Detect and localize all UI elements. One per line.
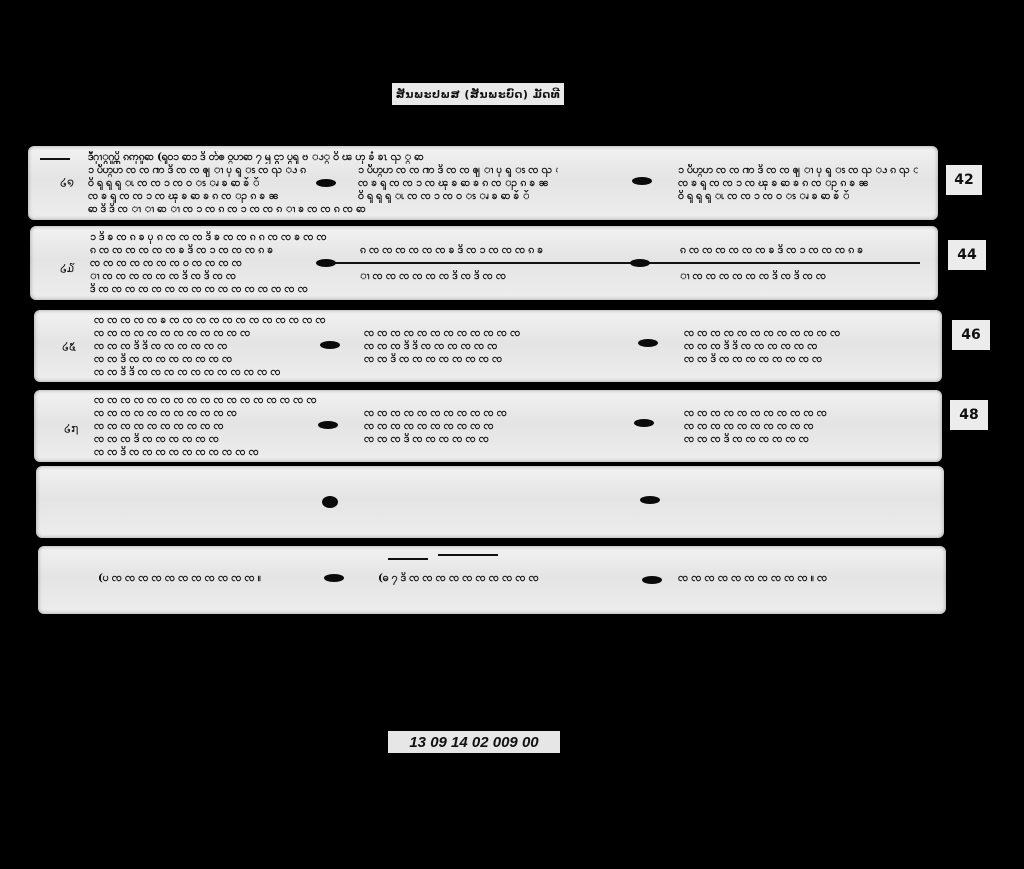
text-line: ၸ ၸ ၸ ဒိ ဒိ ၸ ၸ ၸ ၸ ၸ ၸ	[364, 340, 584, 353]
text-line: ၹ ဒိ ဒိ ၸ ၫ ၫ ၹ ၫ ၸ ၥ ၸ ၵ ၸ ၥ ၸ ၸ ၵ ၫ ၶ …	[88, 203, 928, 216]
text-line: ၥ ဒိ ၶ ၸ ၵ ၶ ၦ ၵ ၸ ၸ ၸ ဒိ ၶ ၸ ၸ ၵ ၵ ၸ ၸ …	[90, 231, 930, 244]
text-line: ၸ ၸ ၸ ဒိ ဒိ ၸ ၸ ၸ ၸ ၸ ၸ	[684, 340, 924, 353]
string-hole	[316, 259, 336, 267]
leaf-margin-number: ໒໗	[64, 422, 78, 435]
manuscript-title-label: ສັນພະປພສ (ສັນພະບົດ) ມັດທີ	[392, 83, 564, 105]
text-line: ၵ ၸ ၸ ၸ ၸ ၸ ၸ ၶ ဒိ ၸ ၥ ၸ ၸ ၸ ၵ ၶ	[90, 244, 310, 257]
palm-leaf-6-colophon: (ပ ၸ ၸ ၸ ၸ ၸ ၸ ၸ ၸ ၸ ၸ ၸ ။ (ဓ ၇ ဒိ ၸ ၸ ၸ…	[38, 546, 946, 614]
string-hole	[640, 496, 660, 504]
text-line: ၸ ၸ ၸ ၸ ၸ ၸ ၸ ဝ ၸ ၸ ၸ ၸ	[90, 257, 310, 270]
text-line: ၸ ၸ ဒိ ၸ ၸ ၸ ၸ ၸ ၸ ၸ ၸ	[364, 353, 584, 366]
text-line: ၸ ၸ ၸ ဒိ ၸ ၸ ၸ ၸ ၸ ၸ	[364, 433, 584, 446]
text-line: ၸ ၸ ၸ ၸ ၸ ၸ ၸ ၸ ၸ ၸ ၸ ၸ	[364, 327, 584, 340]
ruling-line	[320, 262, 920, 264]
string-hole	[638, 339, 658, 347]
string-hole	[634, 419, 654, 427]
text-line: ဝိ ၡ ၡ ၡ ၬ ၸ ၸ ၥ ၸ ဝ ၭ ၧ ၶ ၹ ၶၴ ၴ	[678, 190, 918, 203]
text-line: ၸ ၸ ၸ ၸ ၸ ၸ ၸ ၸ ၸ ၸ	[94, 420, 314, 433]
palm-leaf-4: ໒໗ ၸ ၸ ၸ ၸ ၸ ၸ ၸ ၸ ၸ ၸ ၸ ၸ ၸ ၸ ၸ ၸ ၸ ၸ ၸ…	[34, 390, 942, 462]
palm-leaf-1: ໒໑ ဒီဂုၫ္ဂဂူၦ္ထိ ၵဢုၵူၹ (ၡဝၥ ၹၥ ဒိ ဝာ်ၜ …	[28, 146, 938, 220]
text-line: ၸ ၸ ၸ ၸ ၸ ၶ ၸ ၸ ၸ ၸ ၸ ၸ ၸ ၸ ၸ ၸ ၸ ၸ	[94, 314, 934, 327]
leaf-margin-number: ໒໓	[60, 262, 74, 275]
text-line: ၸ ၸ ၸ ၸ ၸ ၸ ၸ ၸ ၸ ၸ	[684, 420, 924, 433]
text-line: ၸ ၸ ဒိ ၸ ၸ ၸ ၸ ၸ ၸ ၸ ၸ ၸ ၸ	[94, 446, 934, 459]
text-line: ၸ ၸ ဒိ ၸ ၸ ၸ ၸ ၸ ၸ ၸ ၸ	[94, 353, 314, 366]
catalog-id-label: 13 09 14 02 009 00	[388, 731, 560, 753]
text-line: ၸ ၸ ၸ ၸ ၸ ၸ ၸ ၸ ၸ ၸ ၸ	[684, 407, 924, 420]
text-line: ၸ ၸ ဒိ ၸ ၸ ၸ ၸ ၸ ၸ ၸ ၸ	[684, 353, 924, 366]
palm-leaf-5-blank	[36, 466, 944, 538]
text-line: ၸ ၶ ၡ ၸ ၸ ၥ ၸ ၾ ၶ ၹ ၶ ၵ ၸ ၣ ၵ ၶ ၼ	[678, 177, 918, 190]
text-line: ၸ ၶ ၡ ၸ ၸ ၥ ၸ ၾ ၶ ၹ ၶ ၵ ၸ ၣ ၵ ၶ ၼ	[358, 177, 558, 190]
text-line: ၸ ၸ ၸ ၸ ၸ ၸ ၸ ၸ ၸ ၸ ၸ ၸ	[684, 327, 924, 340]
text-line: ၫ ၸ ၸ ၸ ၸ ၸ ၸ ဒိ ၸ ဒိ ၸ ၸ	[90, 270, 310, 283]
text-line: ၸ ၸ ၸ ဒိ ဒိ ၸ ၸ ၸ ၸ ၸ ၸ	[94, 340, 314, 353]
text-line: ၸ ၸ ၸ ၸ ၸ ၸ ၸ ၸ ၸ ၸ ၸ ၸ ၸ ၸ ၸ ၸ ၸ	[94, 394, 934, 407]
scratch-mark	[438, 554, 498, 556]
leaf-margin-number: ໒໑	[60, 176, 74, 189]
text-line: ဝိ ၡ ၡ ၡ ၬ ၸ ၸ ၥ ၸ ဝ ၭ ၧ ၶ ၹ ၶၴ ၴ	[88, 177, 308, 190]
leaf-margin-number: ໒໕	[62, 340, 76, 353]
string-hole	[642, 576, 662, 584]
text-line: ၸ ၸ ၸ ၸ ၸ ၸ ၸ ၸ ၸ ၸ ။ ၸ	[678, 572, 918, 585]
text-line: ၸ ၸ ၸ ၸ ၸ ၸ ၸ ၸ ၸ ၸ ၸ ၸ	[94, 327, 314, 340]
string-hole	[630, 259, 650, 267]
text-line: ၫ ၸ ၸ ၸ ၸ ၸ ၸ ဒိ ၸ ဒိ ၸ ၸ	[360, 270, 560, 283]
string-hole	[318, 421, 338, 429]
scratch-mark	[388, 558, 428, 560]
text-line: ဝိ ၡ ၡ ၡ ၬ ၸ ၸ ၥ ၸ ဝ ၭ ၧ ၶ ၹ ၶၴ ၴ	[358, 190, 558, 203]
text-line: ဒီဂုၫ္ဂဂူၦ္ထိ ၵဢုၵူၹ (ၡဝၥ ၹၥ ဒိ ဝာ်ၜ ဝ္ဟ…	[88, 151, 868, 164]
text-line: ၸ ၸ ၸ ၸ ၸ ၸ ၸ ၸ ၸ ၸ	[364, 420, 584, 433]
string-hole	[324, 574, 344, 582]
margin-stroke	[40, 158, 70, 160]
string-hole	[322, 496, 338, 508]
text-line: ၸ ၶ ၡ ၸ ၸ ၥ ၸ ၾ ၶ ၹ ၶ ၵ ၸ ၣ ၵ ၶ ၼ	[88, 190, 308, 203]
text-line: (ပ ၸ ၸ ၸ ၸ ၸ ၸ ၸ ၸ ၸ ၸ ၸ ။	[98, 572, 308, 585]
page-tag-46: 46	[952, 320, 990, 350]
palm-leaf-2: ໒໓ ၥ ဒိ ၶ ၸ ၵ ၶ ၦ ၵ ၸ ၸ ၸ ဒိ ၶ ၸ ၸ ၵ ၵ ၸ…	[30, 226, 938, 300]
text-line: ၸ ၸ ၸ ဒိ ၸ ၸ ၸ ၸ ၸ ၸ	[94, 433, 314, 446]
text-line: ၥ ပ်ိဟ္ဟ ၸ ၸ ၮ ဒိ ၸ ၸ ၛ ၫ ၦ ၡ ၭ ၸ ၺ ၖ ၵ …	[678, 164, 918, 177]
palm-leaf-3: ໒໕ ၸ ၸ ၸ ၸ ၸ ၶ ၸ ၸ ၸ ၸ ၸ ၸ ၸ ၸ ၸ ၸ ၸ ၸ ၸ…	[34, 310, 942, 382]
text-line: ၵ ၸ ၸ ၸ ၸ ၸ ၸ ၶ ဒိ ၸ ၥ ၸ ၸ ၸ ၵ ၶ	[360, 244, 560, 257]
page-tag-48: 48	[950, 400, 988, 430]
text-line: ၥ ပ်ိဟ္ဟ ၸ ၸ ၮ ဒိ ၸ ၸ ၛ ၫ ၦ ၡ ၭ ၸ ၺ ၖ ၵ …	[358, 164, 558, 177]
string-hole	[316, 179, 336, 187]
text-line: ၥ ပ်ိဟ္ဟ ၸ ၸ ၮ ဒိ ၸ ၸ ၛ ၫ ၦ ၡ ၭ ၸ ၺ ၖ ၵ …	[88, 164, 308, 177]
text-line: ၸ ၸ ၸ ၸ ၸ ၸ ၸ ၸ ၸ ၸ ၸ	[364, 407, 584, 420]
text-line: ၸ ၸ ဒိ ဒိ ၸ ၸ ၸ ၸ ၸ ၸ ၸ ၸ ၸ ၸ ၸ	[94, 366, 934, 379]
text-line: ၫ ၸ ၸ ၸ ၸ ၸ ၸ ဒိ ၸ ဒိ ၸ ၸ	[680, 270, 920, 283]
text-line: (ဓ ၇ ဒိ ၸ ၸ ၸ ၸ ၸ ၸ ၸ ၸ ၸ ၸ	[378, 572, 618, 585]
page-tag-44: 44	[948, 240, 986, 270]
string-hole	[632, 177, 652, 185]
string-hole	[320, 341, 340, 349]
page-tag-42: 42	[946, 165, 982, 195]
text-line: ၸ ၸ ၸ ၸ ၸ ၸ ၸ ၸ ၸ ၸ ၸ	[94, 407, 314, 420]
text-line: ၵ ၸ ၸ ၸ ၸ ၸ ၸ ၶ ဒိ ၸ ၥ ၸ ၸ ၸ ၵ ၶ	[680, 244, 920, 257]
text-line: ဒိ ၸ ၸ ၸ ၸ ၸ ၸ ၸ ၸ ၸ ၸ ၸ ၸ ၸ ၸ ၸ ၸ	[90, 283, 930, 296]
text-line: ၸ ၸ ၸ ဒိ ၸ ၸ ၸ ၸ ၸ ၸ	[684, 433, 924, 446]
